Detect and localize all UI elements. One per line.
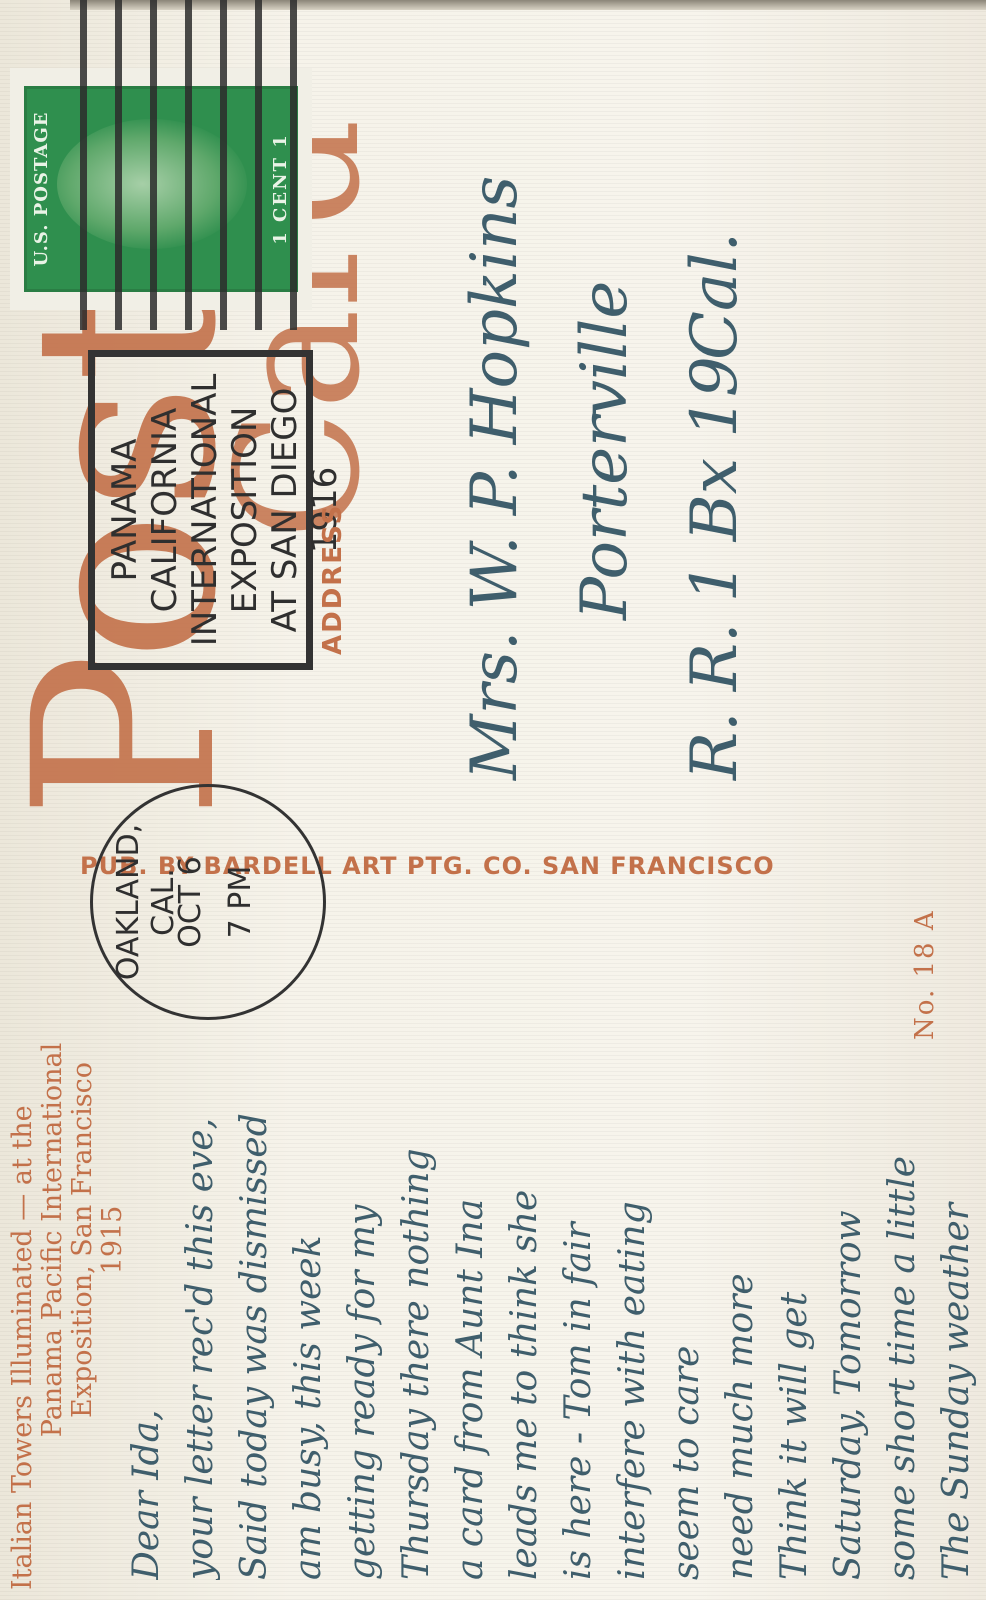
message-line: getting ready for my xyxy=(336,890,390,1580)
postcard-back: Post Card U.S. POSTAGE 1 CENT 1 PANAMA C… xyxy=(0,0,986,1600)
message-line: interfere with eating xyxy=(606,890,660,1580)
cancel-bars xyxy=(70,0,310,330)
recipient-address: Mrs. W. P. Hopkins Porterville R. R. 1 B… xyxy=(440,176,770,780)
handwritten-message: Dear Ida,your letter rec'd this eve,Said… xyxy=(120,890,986,1580)
stamp-top-text: U.S. POSTAGE xyxy=(31,89,52,289)
message-line: a card from Aunt Ina xyxy=(444,890,498,1580)
message-line: is here - Tom in fair xyxy=(552,890,606,1580)
caption-line: Italian Towers Illuminated — at the xyxy=(8,890,38,1590)
message-line: seem to care xyxy=(660,890,714,1580)
message-line: am busy, this week xyxy=(282,890,336,1580)
message-line: leads me to think she xyxy=(498,890,552,1580)
message-line: The Sunday weather xyxy=(930,890,984,1580)
message-line: Saturday, Tomorrow xyxy=(822,890,876,1580)
message-line: your letter rec'd this eve, xyxy=(174,890,228,1580)
caption-line: Panama Pacific International xyxy=(38,890,68,1590)
message-line: Thursday there nothing xyxy=(390,890,444,1580)
cancel-line: AT SAN DIEGO xyxy=(265,357,305,663)
address-line: Porterville xyxy=(550,176,660,780)
cancel-line: INTERNATIONAL xyxy=(185,357,225,663)
message-line: Said today was dismissed xyxy=(228,890,282,1580)
address-label: ADDRESS xyxy=(318,504,348,655)
address-line: Mrs. W. P. Hopkins xyxy=(440,176,550,780)
cancel-line: PANAMA CALIFORNIA xyxy=(105,357,185,663)
cancel-line: EXPOSITION xyxy=(225,357,265,663)
exposition-cancel: PANAMA CALIFORNIA INTERNATIONAL EXPOSITI… xyxy=(88,350,313,670)
message-line: Think it will get xyxy=(768,890,822,1580)
caption-line: Exposition, San Francisco xyxy=(68,890,98,1590)
message-line: need much more xyxy=(714,890,768,1580)
message-line: Dear Ida, xyxy=(120,890,174,1580)
card-caption: Italian Towers Illuminated — at the Pana… xyxy=(8,890,128,1590)
message-line: some short time a little xyxy=(876,890,930,1580)
